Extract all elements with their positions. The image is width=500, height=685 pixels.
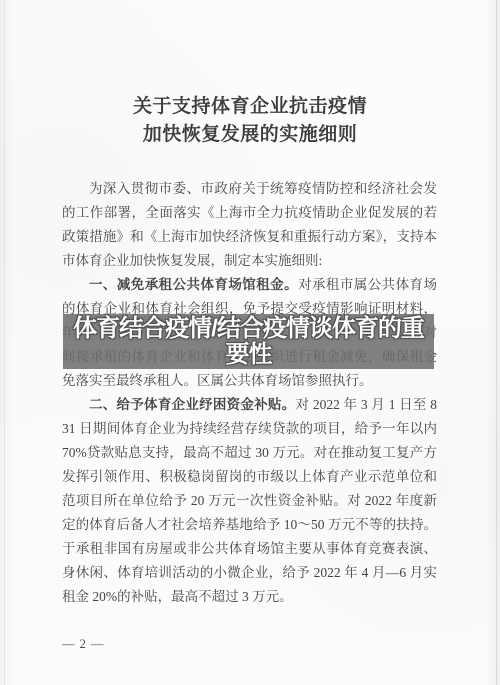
doc-line: 31 日期间体育企业为持续经营存续贷款的项目，给予一年以内: [62, 417, 437, 441]
doc-line: 二、给予体育企业纾困资金补贴。对 2022 年 3 月 1 日至 8 月: [62, 393, 437, 417]
document-body: 为深入贯彻市委、市政府关于统筹疫情防控和经济社会发展的工作部署，全面落实《上海市…: [62, 177, 437, 609]
scanned-document-page: 关于支持体育企业抗击疫情 加快恢复发展的实施细则 为深入贯彻市委、市政府关于统筹…: [0, 0, 500, 685]
doc-line-text: 政策措施》和《上海市加快经济恢复和重振行动方案》，支持本: [62, 229, 437, 244]
doc-line-text: 为深入贯彻市委、市政府关于统筹疫情防控和经济社会发展: [62, 181, 437, 201]
document-title-line2: 加快恢复发展的实施细则: [0, 121, 500, 149]
doc-line-text: 定的体育后备人才社会培养基地给予 10～50 万元不等的扶持。对: [62, 517, 437, 537]
doc-line: 的工作部署，全面落实《上海市全力抗疫情助企业促发展的若干: [62, 201, 437, 225]
doc-line-text: 发挥引领作用、积极稳岗留岗的市级以上体育产业示范单位和示: [62, 469, 437, 489]
watermark-title-line2: 要性: [226, 342, 272, 368]
doc-line: 发挥引领作用、积极稳岗留岗的市级以上体育产业示范单位和示: [62, 465, 437, 489]
doc-line-text: 租金 20%的补贴，最高不超过 3 万元。: [62, 589, 293, 604]
watermark-title-banner: 体育结合疫情/结合疫情谈体育的重 要性: [63, 314, 434, 369]
watermark-title-line1: 体育结合疫情/结合疫情谈体育的重: [73, 316, 424, 342]
doc-line-text: 免落实至最终承租人。区属公共体育场馆参照执行。: [62, 373, 373, 388]
doc-line: 定的体育后备人才社会培养基地给予 10～50 万元不等的扶持。对: [62, 513, 437, 537]
doc-line-text: 市体育企业加快恢复发展，制定本实施细则:: [62, 253, 322, 268]
doc-line-heading: 一、减免承租公共体育场馆租金。: [89, 277, 298, 292]
doc-line: 一、减免承租公共体育场馆租金。对承租市属公共体育场馆: [62, 273, 437, 297]
doc-line: 政策措施》和《上海市加快经济恢复和重振行动方案》，支持本: [62, 225, 437, 249]
doc-line-text: 范项目所在单位给予 20 万元一次性资金补贴。对 2022 年度新认: [62, 493, 437, 513]
doc-line: 身休闲、体育培训活动的小微企业，给予 2022 年 4 月—6 月实缴: [62, 561, 437, 585]
doc-line-text: 的工作部署，全面落实《上海市全力抗疫情助企业促发展的若干: [62, 205, 437, 225]
doc-line: 市体育企业加快恢复发展，制定本实施细则:: [62, 249, 437, 273]
doc-line-text: 于承租非国有房屋或非公共体育场馆主要从事体育竞赛表演、健: [62, 541, 437, 561]
doc-line: 为深入贯彻市委、市政府关于统筹疫情防控和经济社会发展: [62, 177, 437, 201]
page-number: — 2 —: [62, 636, 105, 652]
doc-line: 免落实至最终承租人。区属公共体育场馆参照执行。: [62, 369, 437, 393]
doc-line: 范项目所在单位给予 20 万元一次性资金补贴。对 2022 年度新认: [62, 489, 437, 513]
document-title: 关于支持体育企业抗击疫情 加快恢复发展的实施细则: [0, 93, 500, 149]
doc-line-heading: 二、给予体育企业纾困资金补贴。: [89, 397, 295, 412]
doc-line: 70%贷款贴息支持，最高不超过 30 万元。对在推动复工复产方面: [62, 441, 437, 465]
doc-line-text: 31 日期间体育企业为持续经营存续贷款的项目，给予一年以内: [62, 421, 437, 436]
doc-line: 于承租非国有房屋或非公共体育场馆主要从事体育竞赛表演、健: [62, 537, 437, 561]
doc-line-text: 身休闲、体育培训活动的小微企业，给予 2022 年 4 月—6 月实缴: [62, 565, 437, 585]
doc-line: 租金 20%的补贴，最高不超过 3 万元。: [62, 585, 437, 609]
document-title-line1: 关于支持体育企业抗击疫情: [0, 93, 500, 121]
doc-line-text: 70%贷款贴息支持，最高不超过 30 万元。对在推动复工复产方面: [62, 445, 437, 465]
